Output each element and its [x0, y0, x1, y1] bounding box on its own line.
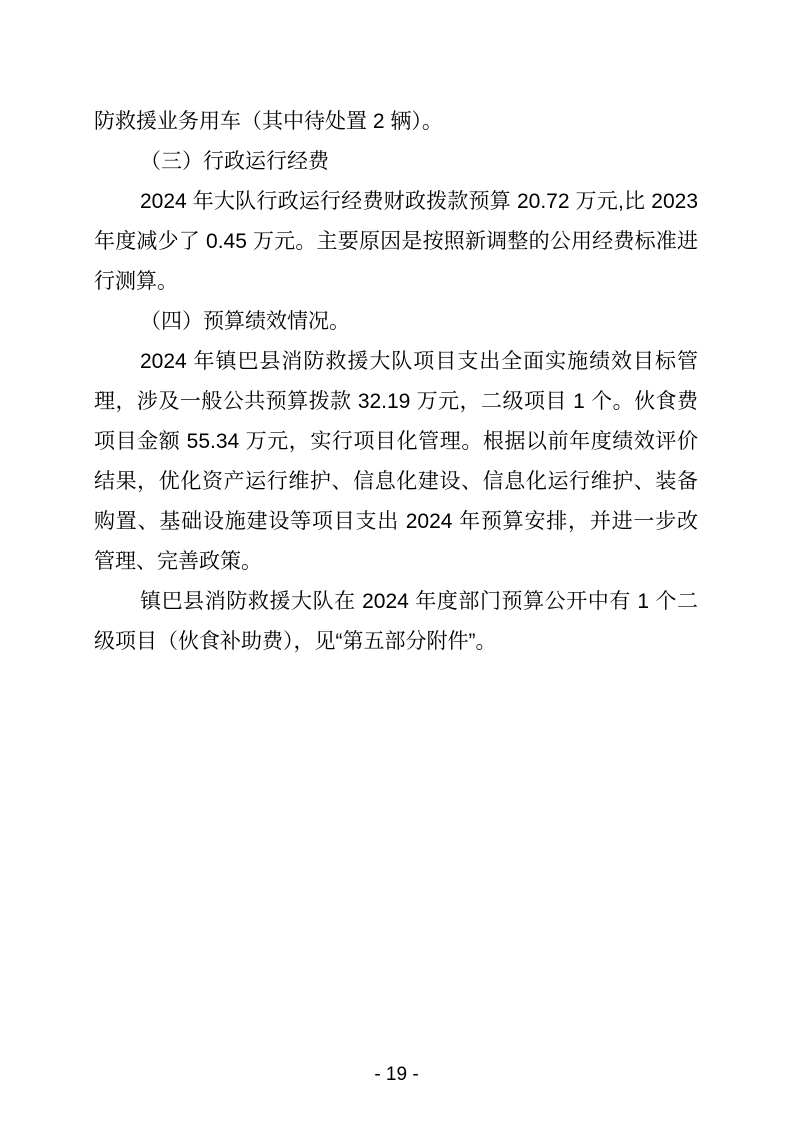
page-number: - 19 -: [0, 1062, 793, 1088]
text-line: 2024 年镇巴县消防救援大队项目支出全面实施绩效目标管: [94, 342, 698, 382]
text-line: 购置、基础设施建设等项目支出 2024 年预算安排，并进一步改进: [94, 502, 698, 542]
text-line: 行测算。: [94, 262, 698, 302]
text-line: 镇巴县消防救援大队在 2024 年度部门预算公开中有 1 个二: [94, 582, 698, 622]
document-page: 防救援业务用车（其中待处置 2 辆）。（三）行政运行经费2024 年大队行政运行…: [0, 0, 793, 1121]
text-line: 防救援业务用车（其中待处置 2 辆）。: [94, 102, 698, 142]
text-line: （四）预算绩效情况。: [94, 302, 698, 342]
text-line: 级项目（伙食补助费），见“第五部分附件”。: [94, 622, 698, 662]
document-body: 防救援业务用车（其中待处置 2 辆）。（三）行政运行经费2024 年大队行政运行…: [94, 102, 698, 662]
text-line: 年度减少了 0.45 万元。主要原因是按照新调整的公用经费标准进: [94, 222, 698, 262]
text-line: 2024 年大队行政运行经费财政拨款预算 20.72 万元,比 2023: [94, 182, 698, 222]
text-line: 管理、完善政策。: [94, 542, 698, 582]
text-line: （三）行政运行经费: [94, 142, 698, 182]
text-line: 结果，优化资产运行维护、信息化建设、信息化运行维护、装备: [94, 462, 698, 502]
text-line: 项目金额 55.34 万元，实行项目化管理。根据以前年度绩效评价: [94, 422, 698, 462]
text-line: 理，涉及一般公共预算拨款 32.19 万元，二级项目 1 个。伙食费: [94, 382, 698, 422]
